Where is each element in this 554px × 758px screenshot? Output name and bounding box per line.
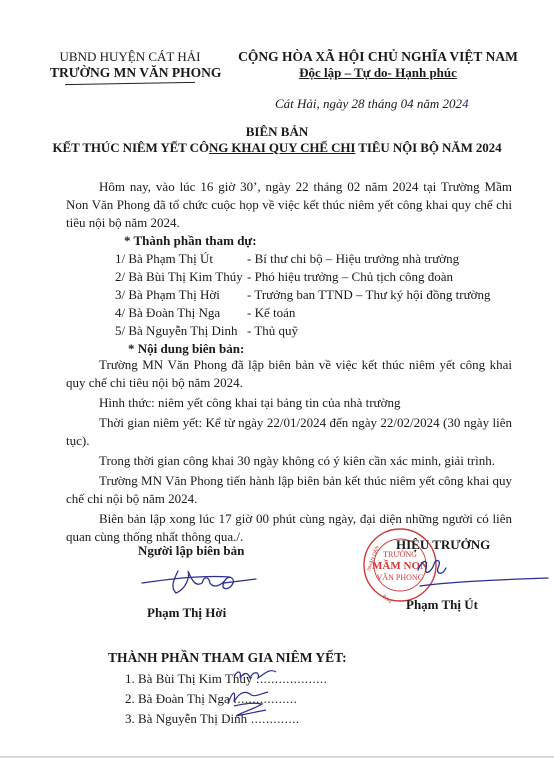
principal-signature-icon — [410, 552, 550, 592]
dateline-text: Cát Hải, ngày 28 tháng 04 năm 202 — [275, 96, 462, 111]
minute-taker-name: Phạm Thị Hời — [147, 605, 226, 621]
principal-title: HIỆU TRƯỞNG — [396, 537, 490, 553]
posting-participant-row: 3. Bà Nguyễn Thị Dinh ............. — [125, 710, 300, 728]
content-paragraph: Hình thức: niêm yết công khai tại bảng t… — [66, 394, 512, 412]
school-name: TRƯỜNG MN VĂN PHONG — [50, 65, 210, 81]
participant-1-signature-icon — [230, 666, 280, 684]
document-page: UBND HUYỆN CÁT HẢI TRƯỜNG MN VĂN PHONG C… — [0, 0, 554, 758]
handwritten-year-digit: 4 — [462, 96, 469, 111]
content-paragraph: Trường MN Văn Phong tiến hành lập biên b… — [66, 472, 512, 508]
national-motto: Độc lập – Tự do- Hạnh phúc — [228, 65, 528, 81]
attendee-name: 4/ Bà Đoàn Thị Nga — [115, 304, 247, 322]
participant-label: 3. Bà Nguyễn Thị Dinh — [125, 711, 247, 726]
attendee-row: 1/ Bà Phạm Thị Út- Bí thư chi bộ – Hiệu … — [115, 250, 459, 268]
attendees-heading: * Thành phần tham dự: — [124, 233, 257, 249]
content-paragraph: Trong thời gian công khai 30 ngày không … — [66, 452, 512, 470]
attendee-row: 5/ Bà Nguyễn Thị Dinh- Thủ quỹ — [115, 322, 298, 340]
content-text: Hình thức: niêm yết công khai tại bảng t… — [99, 395, 400, 410]
attendee-row: 3/ Bà Phạm Thị Hời- Trưởng ban TTND – Th… — [115, 286, 491, 304]
content-paragraph: Thời gian niêm yết: Kể từ ngày 22/01/202… — [66, 414, 512, 450]
minute-taker-title: Người lập biên bản — [138, 543, 244, 559]
signature-dots: ............. — [247, 711, 300, 726]
nation-name: CỘNG HÒA XÃ HỘI CHỦ NGHĨA VIỆT NAM — [228, 49, 528, 65]
attendee-role: - Kế toán — [247, 305, 295, 320]
attendee-role: - Bí thư chi bộ – Hiệu trưởng nhà trường — [247, 251, 459, 266]
attendee-name: 5/ Bà Nguyễn Thị Dinh — [115, 322, 247, 340]
intro-paragraph: Hôm nay, vào lúc 16 giờ 30’, ngày 22 thá… — [66, 178, 512, 232]
subtitle-part-1: KẾT THÚC NIÊM YẾT CÔ — [53, 140, 209, 155]
attendee-role: - Thủ quỹ — [247, 323, 298, 338]
subtitle-part-2: TIÊU NỘI BỘ NĂM 2024 — [355, 140, 501, 155]
dateline: Cát Hải, ngày 28 tháng 04 năm 2024 — [275, 96, 469, 112]
participant-label: 2. Bà Đoàn Thị Nga — [125, 691, 230, 706]
attendee-row: 2/ Bà Bùi Thị Kim Thúy- Phó hiệu trưởng … — [115, 268, 453, 286]
subtitle-part-underlined: NG KHAI QUY CHẾ CHI — [209, 140, 355, 155]
attendee-name: 3/ Bà Phạm Thị Hời — [115, 286, 247, 304]
national-header: CỘNG HÒA XÃ HỘI CHỦ NGHĨA VIỆT NAM Độc l… — [228, 49, 528, 81]
attendee-row: 4/ Bà Đoàn Thị Nga- Kế toán — [115, 304, 295, 322]
content-text: Trường MN Văn Phong đã lập biên bản về v… — [66, 357, 512, 390]
posting-participants-heading: THÀNH PHẦN THAM GIA NIÊM YẾT: — [108, 650, 347, 666]
minute-taker-signature-icon — [140, 565, 260, 597]
content-text: Trường MN Văn Phong tiến hành lập biên b… — [66, 473, 512, 506]
content-paragraph: Trường MN Văn Phong đã lập biên bản về v… — [66, 356, 512, 392]
intro-text: Hôm nay, vào lúc 16 giờ 30’, ngày 22 thá… — [66, 179, 512, 230]
principal-name: Phạm Thị Út — [406, 597, 478, 613]
attendee-role: - Trưởng ban TTND – Thư ký hội đồng trườ… — [247, 287, 491, 302]
attendee-role: - Phó hiệu trưởng – Chủ tịch công đoàn — [247, 269, 453, 284]
content-text: Trong thời gian công khai 30 ngày không … — [99, 453, 495, 468]
content-heading: * Nội dung biên bản: — [128, 341, 244, 357]
attendee-name: 1/ Bà Phạm Thị Út — [115, 250, 247, 268]
attendee-name: 2/ Bà Bùi Thị Kim Thúy — [115, 268, 247, 286]
document-subtitle: KẾT THÚC NIÊM YẾT CÔNG KHAI QUY CHẾ CHI … — [0, 140, 554, 156]
header-left-rule — [65, 82, 195, 85]
content-text: Thời gian niêm yết: Kể từ ngày 22/01/202… — [66, 415, 512, 448]
authority-name: UBND HUYỆN CÁT HẢI — [50, 49, 210, 65]
document-title: BIÊN BẢN — [0, 124, 554, 140]
issuer-block: UBND HUYỆN CÁT HẢI TRƯỜNG MN VĂN PHONG — [50, 49, 210, 84]
svg-text:BAN: BAN — [381, 594, 393, 605]
